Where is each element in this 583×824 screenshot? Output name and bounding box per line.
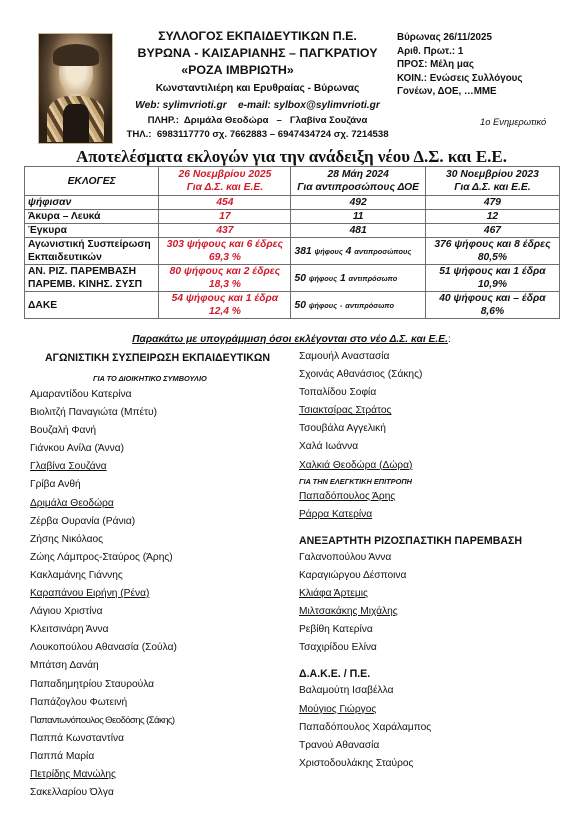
header-2025: 26 Νοεμβρίου 2025Για Δ.Σ. και Ε.Ε. <box>159 167 291 196</box>
cell-2024: 11 <box>291 210 425 224</box>
candidate: Ρεβίθη Κατερίνα <box>299 621 569 639</box>
table-row: ΑΝ. ΡΙΖ. ΠΑΡΕΜΒΑΣΗΠΑΡΕΜΒ. ΚΙΝΗΣ. ΣΥΣΠ 80… <box>25 265 560 292</box>
cell-2024: 50 ψήφους 1 αντιπρόσωπο <box>291 265 425 292</box>
org-contact-info: ΠΛΗΡ.: Δριμάλα Θεοδώρα – Γλαβίνα Σουζάνα <box>115 114 400 128</box>
letter-meta: Βύρωνας 26/11/2025 Αριθ. Πρωτ.: 1 ΠΡΟΣ: … <box>397 31 577 99</box>
candidate: Βιολιτζή Παναγιώτα (Μπέτυ) <box>30 404 280 422</box>
candidate: Παπάζογλου Φωτεινή <box>30 694 280 712</box>
protocol-number: Αριθ. Πρωτ.: 1 <box>397 45 577 59</box>
cell-2023: 479 <box>425 196 559 210</box>
org-name-line2: ΒΥΡΩΝΑ - ΚΑΙΣΑΡΙΑΝΗΣ – ΠΑΓΚΡΑΤΙΟΥ <box>115 45 400 62</box>
cell-2025: 303 ψήφους και 6 έδρες69,3 % <box>159 238 291 265</box>
candidate-elected: Χαλκιά Θεοδώρα (Δώρα) <box>299 457 569 475</box>
org-name-line3: «ΡΟΖΑ ΙΜΒΡΙΩΤΗ» <box>115 62 400 79</box>
candidate: Ζήσης Νικόλαος <box>30 531 280 549</box>
candidate: Σχοινάς Αθανάσιος (Σάκης) <box>299 366 569 384</box>
cell-2024: 381 ψήφους 4 αντιπροσώπους <box>291 238 425 265</box>
candidate: Τρανού Αθανασία <box>299 737 569 755</box>
candidate: Τσουβάλα Αγγελική <box>299 420 569 438</box>
photo-hair <box>53 44 99 66</box>
header-2023: 30 Νοεμβρίου 2023Για Δ.Σ. και Ε.Ε. <box>425 167 559 196</box>
row-label: Αγωνιστική ΣυσπείρωσηΕκπαιδευτικών <box>25 238 159 265</box>
candidate: Καραγιώργου Δέσποινα <box>299 567 569 585</box>
candidate: Παπαδόπουλος Χαράλαμπος <box>299 719 569 737</box>
candidate-elected: Πετρίδης Μανώλης <box>30 766 280 784</box>
candidate: Χαλά Ιωάννα <box>299 438 569 456</box>
candidate: Ζώης Λάμπρος-Σταύρος (Άρης) <box>30 549 280 567</box>
candidate-elected: Καραπάνου Ειρήνη (Ρένα) <box>30 585 280 603</box>
candidate: Γιάνκου Ανίλα (Άννα) <box>30 440 280 458</box>
candidate: Τοπαλίδου Σοφία <box>299 384 569 402</box>
row-label: ΑΝ. ΡΙΖ. ΠΑΡΕΜΒΑΣΗΠΑΡΕΜΒ. ΚΙΝΗΣ. ΣΥΣΠ <box>25 265 159 292</box>
cell-2023: 51 ψήφους και 1 έδρα10,9% <box>425 265 559 292</box>
cell-2025: 54 ψήφους και 1 έδρα12,4 % <box>159 292 291 319</box>
candidate-list-left: Αμαραντίδου ΚατερίναΒιολιτζή Παναγιώτα (… <box>30 386 280 802</box>
table-row: Έγκυρα 437 481 467 <box>25 224 560 238</box>
candidate: Παππά Κωνσταντίνα <box>30 730 280 748</box>
candidate: Γρίβα Ανθή <box>30 476 280 494</box>
party-ase-title: ΑΓΩΝΙΣΤΙΚΗ ΣΥΣΠΕΙΡΩΣΗ ΕΚΠΑΙΔΕΥΤΙΚΩΝ <box>45 352 270 364</box>
row-label: ψήφισαν <box>25 196 159 210</box>
elected-note: Παρακάτω με υπογράμμιση όσοι εκλέγονται … <box>0 334 583 345</box>
cc-line1: ΚΟΙΝ.: Ενώσεις Συλλόγους <box>397 72 577 86</box>
candidate-list-right: Σαμουήλ ΑναστασίαΣχοινάς Αθανάσιος (Σάκη… <box>299 348 569 773</box>
org-address: Κωνσταντιλιέρη και Ερυθραίας - Βύρωνας <box>115 81 400 97</box>
candidate: Λάγιου Χριστίνα <box>30 603 280 621</box>
portrait-photo <box>38 33 113 144</box>
cell-2024: 492 <box>291 196 425 210</box>
letterhead: ΣΥΛΛΟΓΟΣ ΕΚΠΑΙΔΕΥΤΙΚΩΝ Π.Ε. ΒΥΡΩΝΑ - ΚΑΙ… <box>115 28 400 142</box>
table-header-row: ΕΚΛΟΓΕΣ 26 Νοεμβρίου 2025Για Δ.Σ. και Ε.… <box>25 167 560 196</box>
row-label: Άκυρα – Λευκά <box>25 210 159 224</box>
candidate-elected: Κλιάφα Άρτεμις <box>299 585 569 603</box>
candidate: Παπαδημητρίου Σταυρούλα <box>30 676 280 694</box>
candidate-elected: Μιλτσακάκης Μιχάλης <box>299 603 569 621</box>
candidate: Παππά Μαρία <box>30 748 280 766</box>
candidate: Χριστοδουλάκης Σταύρος <box>299 755 569 773</box>
candidate: Βουζαλή Φανή <box>30 422 280 440</box>
cell-2023: 376 ψήφους και 8 έδρες80,5% <box>425 238 559 265</box>
table-row: ψήφισαν 454 492 479 <box>25 196 560 210</box>
table-row: ΔΑΚΕ 54 ψήφους και 1 έδρα12,4 % 50 ψήφου… <box>25 292 560 319</box>
org-phones: ΤΗΛ.: 6983117770 σχ. 7662883 – 694743472… <box>115 128 400 142</box>
candidate: Γαλανοπούλου Άννα <box>299 549 569 567</box>
candidate: Μπάτση Δανάη <box>30 657 280 675</box>
row-label: ΔΑΚΕ <box>25 292 159 319</box>
cell-2023: 12 <box>425 210 559 224</box>
header-2024: 28 Μάη 2024Για αντιπροσώπους ΔΟΕ <box>291 167 425 196</box>
party-ase-ds-label: ΓΙΑ ΤΟ ΔΙΟΙΚΗΤΙΚΟ ΣΥΜΒΟΥΛΙΟ <box>93 374 207 383</box>
candidate: Κλειτσινάρη Άννα <box>30 621 280 639</box>
recipients: ΠΡΟΣ: Μέλη μας <box>397 58 577 72</box>
org-name-line1: ΣΥΛΛΟΓΟΣ ΕΚΠΑΙΔΕΥΤΙΚΩΝ Π.Ε. <box>115 28 400 45</box>
party-ase-ee-label: ΓΙΑ ΤΗΝ ΕΛΕΓΚΤΙΚΗ ΕΠΙΤΡΟΠΗ <box>299 477 569 486</box>
row-label: Έγκυρα <box>25 224 159 238</box>
cc-line2: Γονέων, ΔΟΕ, …ΜΜΕ <box>397 85 577 99</box>
page-title: Αποτελέσματα εκλογών για την ανάδειξη νέ… <box>0 147 583 167</box>
cell-2025: 80 ψήφους και 2 έδρες18,3 % <box>159 265 291 292</box>
candidate-elected: Μούγιος Γιώργος <box>299 701 569 719</box>
cell-2025: 454 <box>159 196 291 210</box>
candidate: Τσαχιρίδου Ελίνα <box>299 639 569 657</box>
party-dake-title: Δ.Α.Κ.Ε. / Π.Ε. <box>299 668 569 680</box>
photo-dress <box>63 104 89 143</box>
candidate: Παπαντωνόπουλος Θεοδόσης (Σάκης) <box>30 712 280 730</box>
cell-2025: 17 <box>159 210 291 224</box>
table-row: Άκυρα – Λευκά 17 11 12 <box>25 210 560 224</box>
cell-2025: 437 <box>159 224 291 238</box>
candidate-elected: Τσιακτσίρας Στράτος <box>299 402 569 420</box>
cell-2024: 50 ψήφους - αντιπρόσωπο <box>291 292 425 319</box>
table-row: Αγωνιστική ΣυσπείρωσηΕκπαιδευτικών 303 ψ… <box>25 238 560 265</box>
candidate: Βαλαμούτη Ισαβέλλα <box>299 682 569 700</box>
place-date: Βύρωνας 26/11/2025 <box>397 31 577 45</box>
edition-label: 1ο Ενημερωτικό <box>480 116 546 127</box>
elected-note-text: Παρακάτω με υπογράμμιση όσοι εκλέγονται … <box>132 334 448 345</box>
candidate: Αμαραντίδου Κατερίνα <box>30 386 280 404</box>
candidate-elected: Ράρρα Κατερίνα <box>299 506 569 524</box>
results-table: ΕΚΛΟΓΕΣ 26 Νοεμβρίου 2025Για Δ.Σ. και Ε.… <box>24 166 560 319</box>
candidate-elected: Δριμάλα Θεοδώρα <box>30 495 280 513</box>
candidate: Λουκοπούλου Αθανασία (Σούλα) <box>30 639 280 657</box>
cell-2023: 467 <box>425 224 559 238</box>
cell-2023: 40 ψήφους και – έδρα8,6% <box>425 292 559 319</box>
header-elections: ΕΚΛΟΓΕΣ <box>25 167 159 196</box>
candidate: Σαμουήλ Αναστασία <box>299 348 569 366</box>
candidate-elected: Γλαβίνα Σουζάνα <box>30 458 280 476</box>
cell-2024: 481 <box>291 224 425 238</box>
candidate: Κακλαμάνης Γιάννης <box>30 567 280 585</box>
candidate: Σακελλαρίου Όλγα <box>30 784 280 802</box>
org-web-email[interactable]: Web: sylimvrioti.gr e-mail: sylbox@sylim… <box>115 97 400 114</box>
candidate-elected: Παπαδόπουλος Άρης <box>299 488 569 506</box>
party-arp-title: ΑΝΕΞΑΡΤΗΤΗ ΡΙΖΟΣΠΑΣΤΙΚΗ ΠΑΡΕΜΒΑΣΗ <box>299 535 569 547</box>
candidate: Ζέρβα Ουρανία (Ράνια) <box>30 513 280 531</box>
